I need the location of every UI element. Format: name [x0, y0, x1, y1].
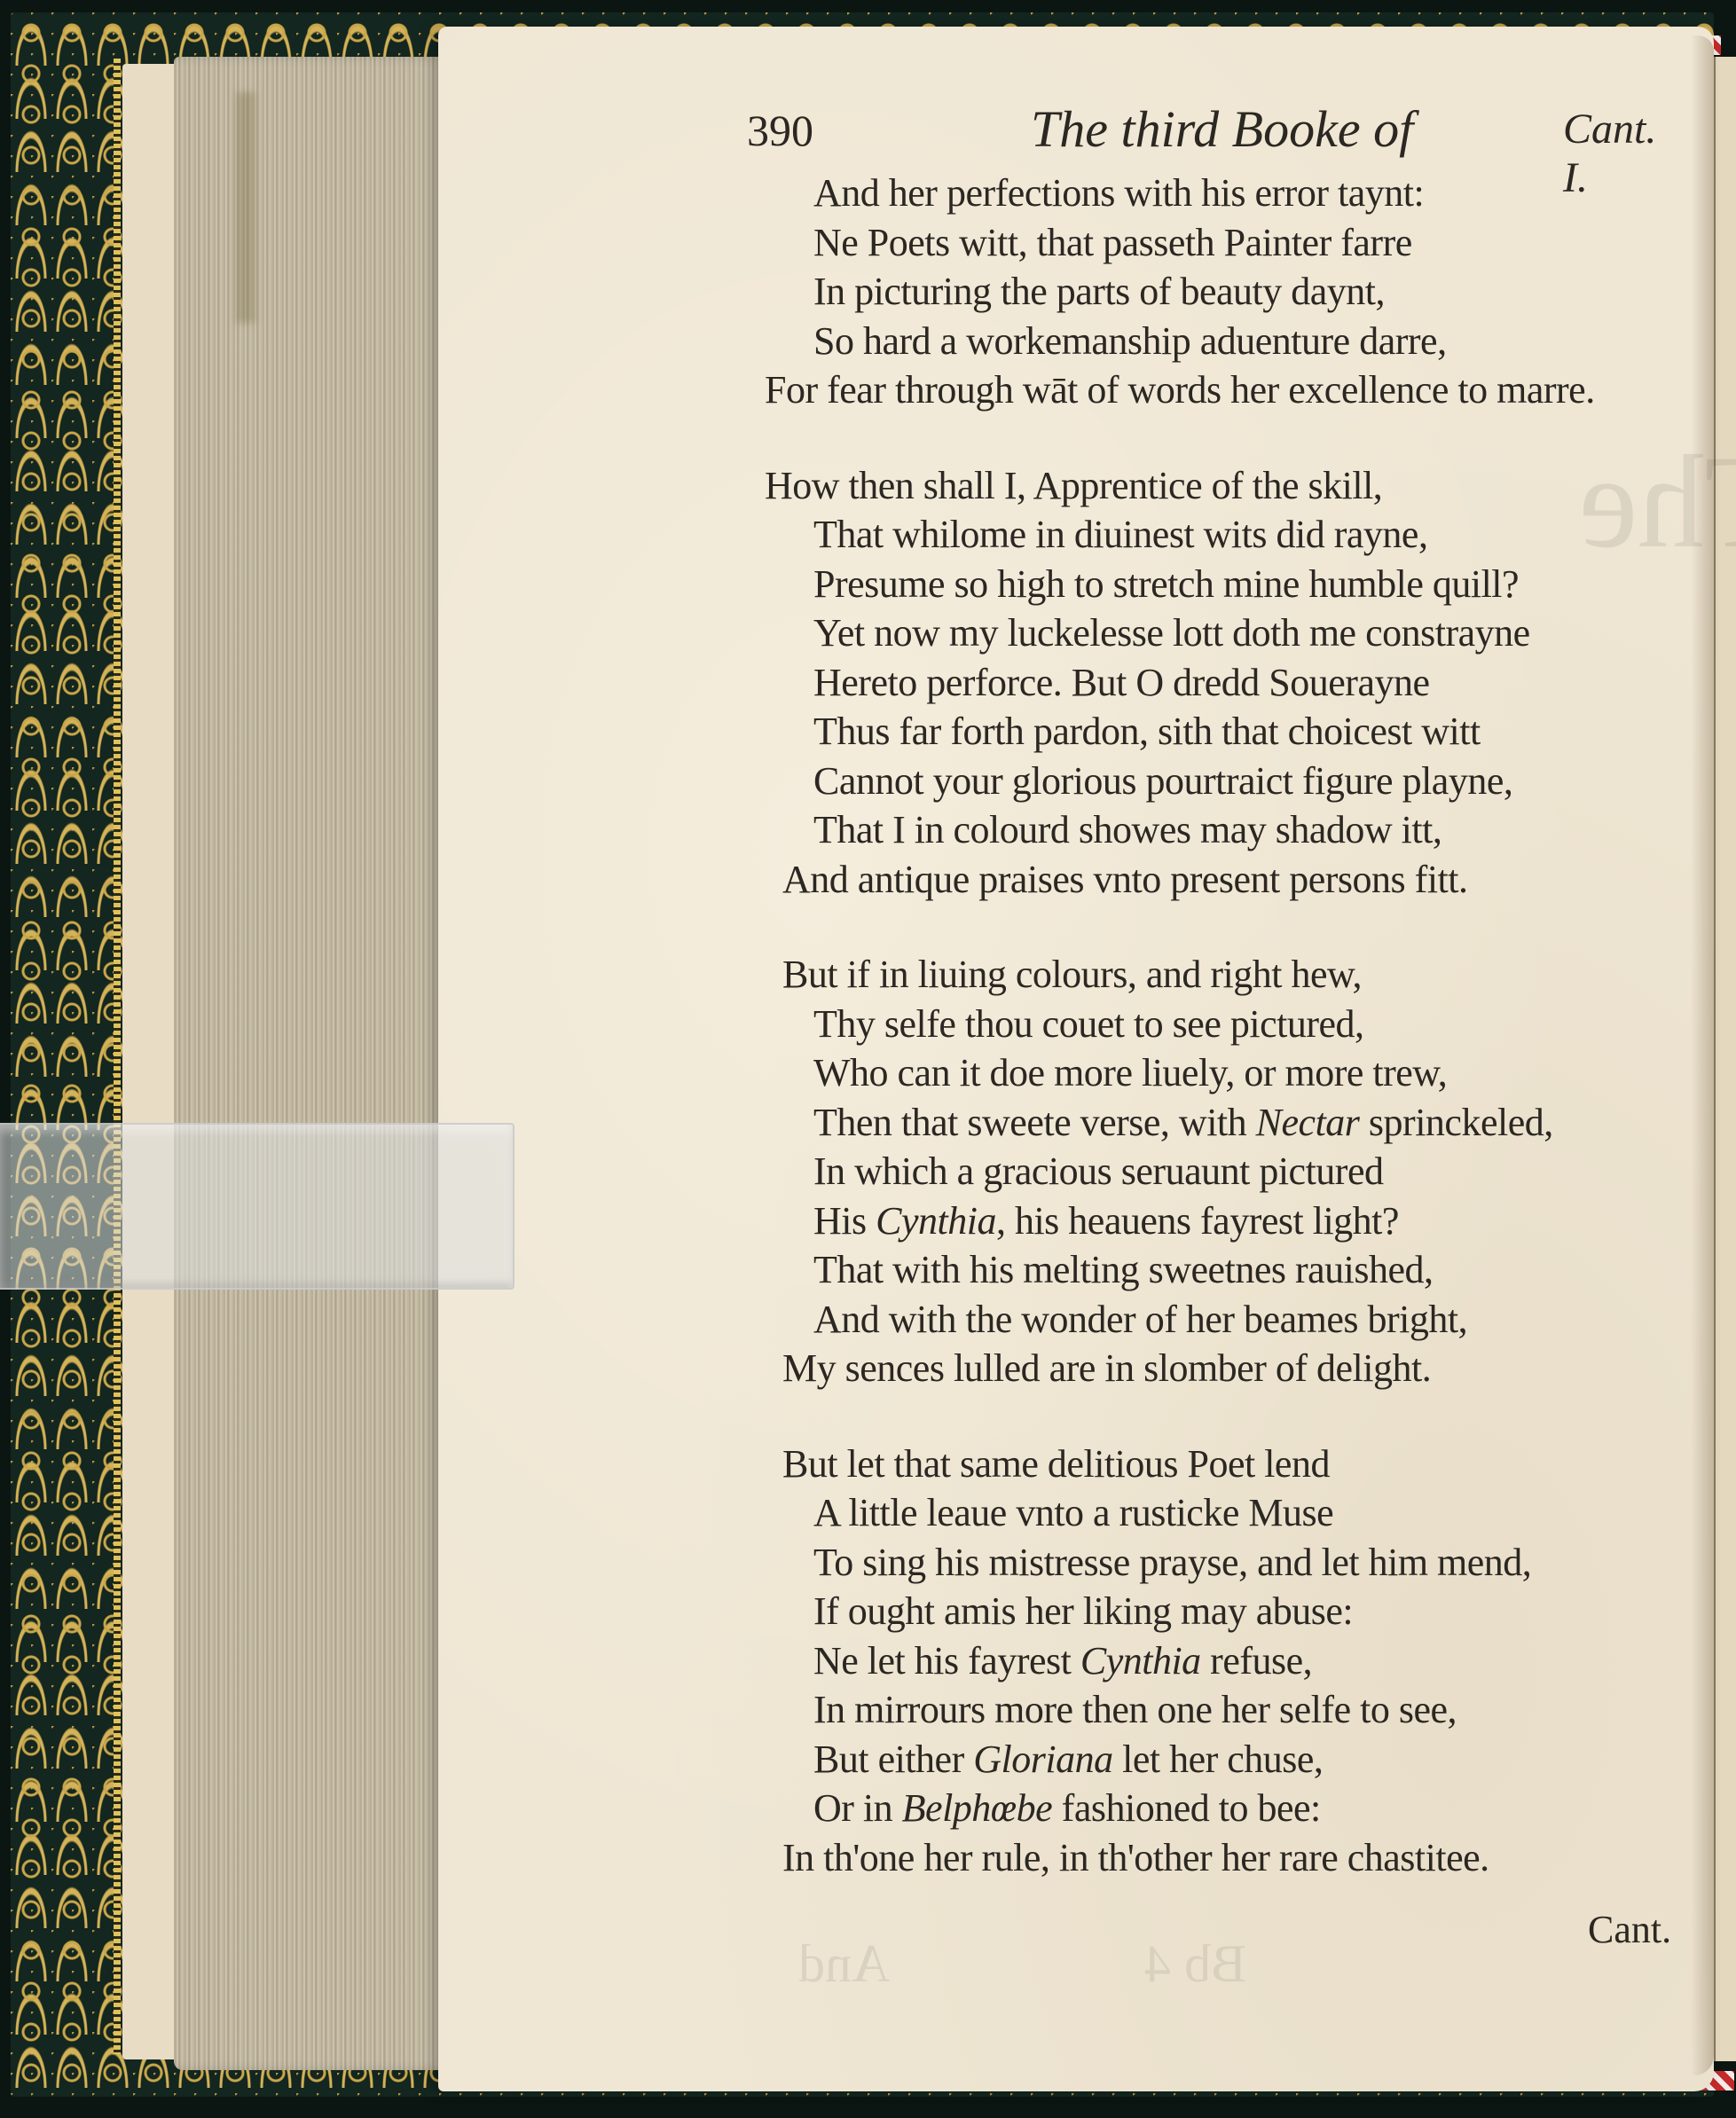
- verse-line: But either Gloriana let her chuse,: [765, 1735, 1705, 1785]
- verse-line: So hard a workemanship aduenture darre,: [765, 317, 1705, 366]
- verse-line: That whilome in diuinest wits did rayne,: [765, 510, 1705, 560]
- page-number: 390: [747, 105, 813, 156]
- edge-stain: [236, 92, 255, 323]
- verse-line: Thy selfe thou couet to see pictured,: [765, 1000, 1705, 1049]
- verse-line: In mirrours more then one her selfe to s…: [765, 1685, 1705, 1735]
- verse-line: Presume so high to stretch mine humble q…: [765, 560, 1705, 609]
- verse-line: And her perfections with his error taynt…: [765, 169, 1705, 218]
- bleed-through-catchword: And: [798, 1934, 890, 1995]
- verse-line: In th'one her rule, in th'other her rare…: [765, 1833, 1705, 1883]
- page-edges-stack: [174, 57, 467, 2070]
- italic-name: Nectar: [1256, 1101, 1360, 1144]
- poem-text: And her perfections with his error taynt…: [765, 169, 1705, 1928]
- verse-line: Thus far forth pardon, sith that choices…: [765, 707, 1705, 757]
- plastic-page-clip: [0, 1123, 515, 1290]
- verse-line: How then shall I, Apprentice of the skil…: [765, 461, 1705, 511]
- gilt-beaded-rule: [114, 59, 121, 2054]
- italic-name: Cynthia: [1080, 1639, 1201, 1683]
- verse-line: In picturing the parts of beauty daynt,: [765, 267, 1705, 317]
- verse-line: Ne let his fayrest Cynthia refuse,: [765, 1636, 1705, 1686]
- verse-line: That with his melting sweetnes rauished,: [765, 1245, 1705, 1295]
- next-page-edge: [1714, 57, 1736, 2061]
- stanza-2: How then shall I, Apprentice of the skil…: [765, 461, 1705, 905]
- italic-name: Belphœbe: [902, 1786, 1053, 1830]
- verse-line: Ne Poets witt, that passeth Painter farr…: [765, 218, 1705, 268]
- verse-line: If ought amis her liking may abuse:: [765, 1587, 1705, 1636]
- verse-line: And with the wonder of her beames bright…: [765, 1295, 1705, 1345]
- italic-name: Cynthia: [876, 1199, 996, 1243]
- verse-line: But if in liuing colours, and right hew,: [765, 950, 1705, 1000]
- running-title: The third Booke of: [1031, 99, 1413, 159]
- endleaf: [122, 64, 176, 2059]
- verse-line: To sing his mistresse prayse, and let hi…: [765, 1538, 1705, 1588]
- verse-line: Hereto perforce. But O dredd Souerayne: [765, 658, 1705, 708]
- verse-line: And antique praises vnto present persons…: [765, 855, 1705, 905]
- italic-name: Gloriana: [973, 1738, 1112, 1781]
- verse-line: For fear through wāt of words her excell…: [765, 365, 1705, 415]
- verse-line: Cannot your glorious pourtraict figure p…: [765, 757, 1705, 806]
- verse-line: Or in Belphœbe fashioned to bee:: [765, 1784, 1705, 1833]
- catchword: Cant.: [1588, 1907, 1671, 1952]
- stanza-3: But if in liuing colours, and right hew,…: [765, 950, 1705, 1393]
- verse-line: Yet now my luckelesse lott doth me const…: [765, 608, 1705, 658]
- verse-line: His Cynthia, his heauens fayrest light?: [765, 1196, 1705, 1246]
- verse-line: That I in colourd showes may shadow itt,: [765, 805, 1705, 855]
- verse-line: But let that same delitious Poet lend: [765, 1439, 1705, 1489]
- verse-line: A little leaue vnto a rusticke Muse: [765, 1488, 1705, 1538]
- verse-line: Then that sweete verse, with Nectar spri…: [765, 1098, 1705, 1148]
- verse-line: Who can it doe more liuely, or more trew…: [765, 1048, 1705, 1098]
- bleed-through-signature: Bb 4: [1144, 1934, 1246, 1995]
- verse-line: In which a gracious seruaunt pictured: [765, 1147, 1705, 1196]
- stanza-1: And her perfections with his error taynt…: [765, 169, 1705, 415]
- running-head: 390 The third Booke of Cant. I.: [747, 99, 1678, 161]
- verse-line: My sences lulled are in slomber of delig…: [765, 1344, 1705, 1393]
- stanza-4: But let that same delitious Poet lend A …: [765, 1439, 1705, 1883]
